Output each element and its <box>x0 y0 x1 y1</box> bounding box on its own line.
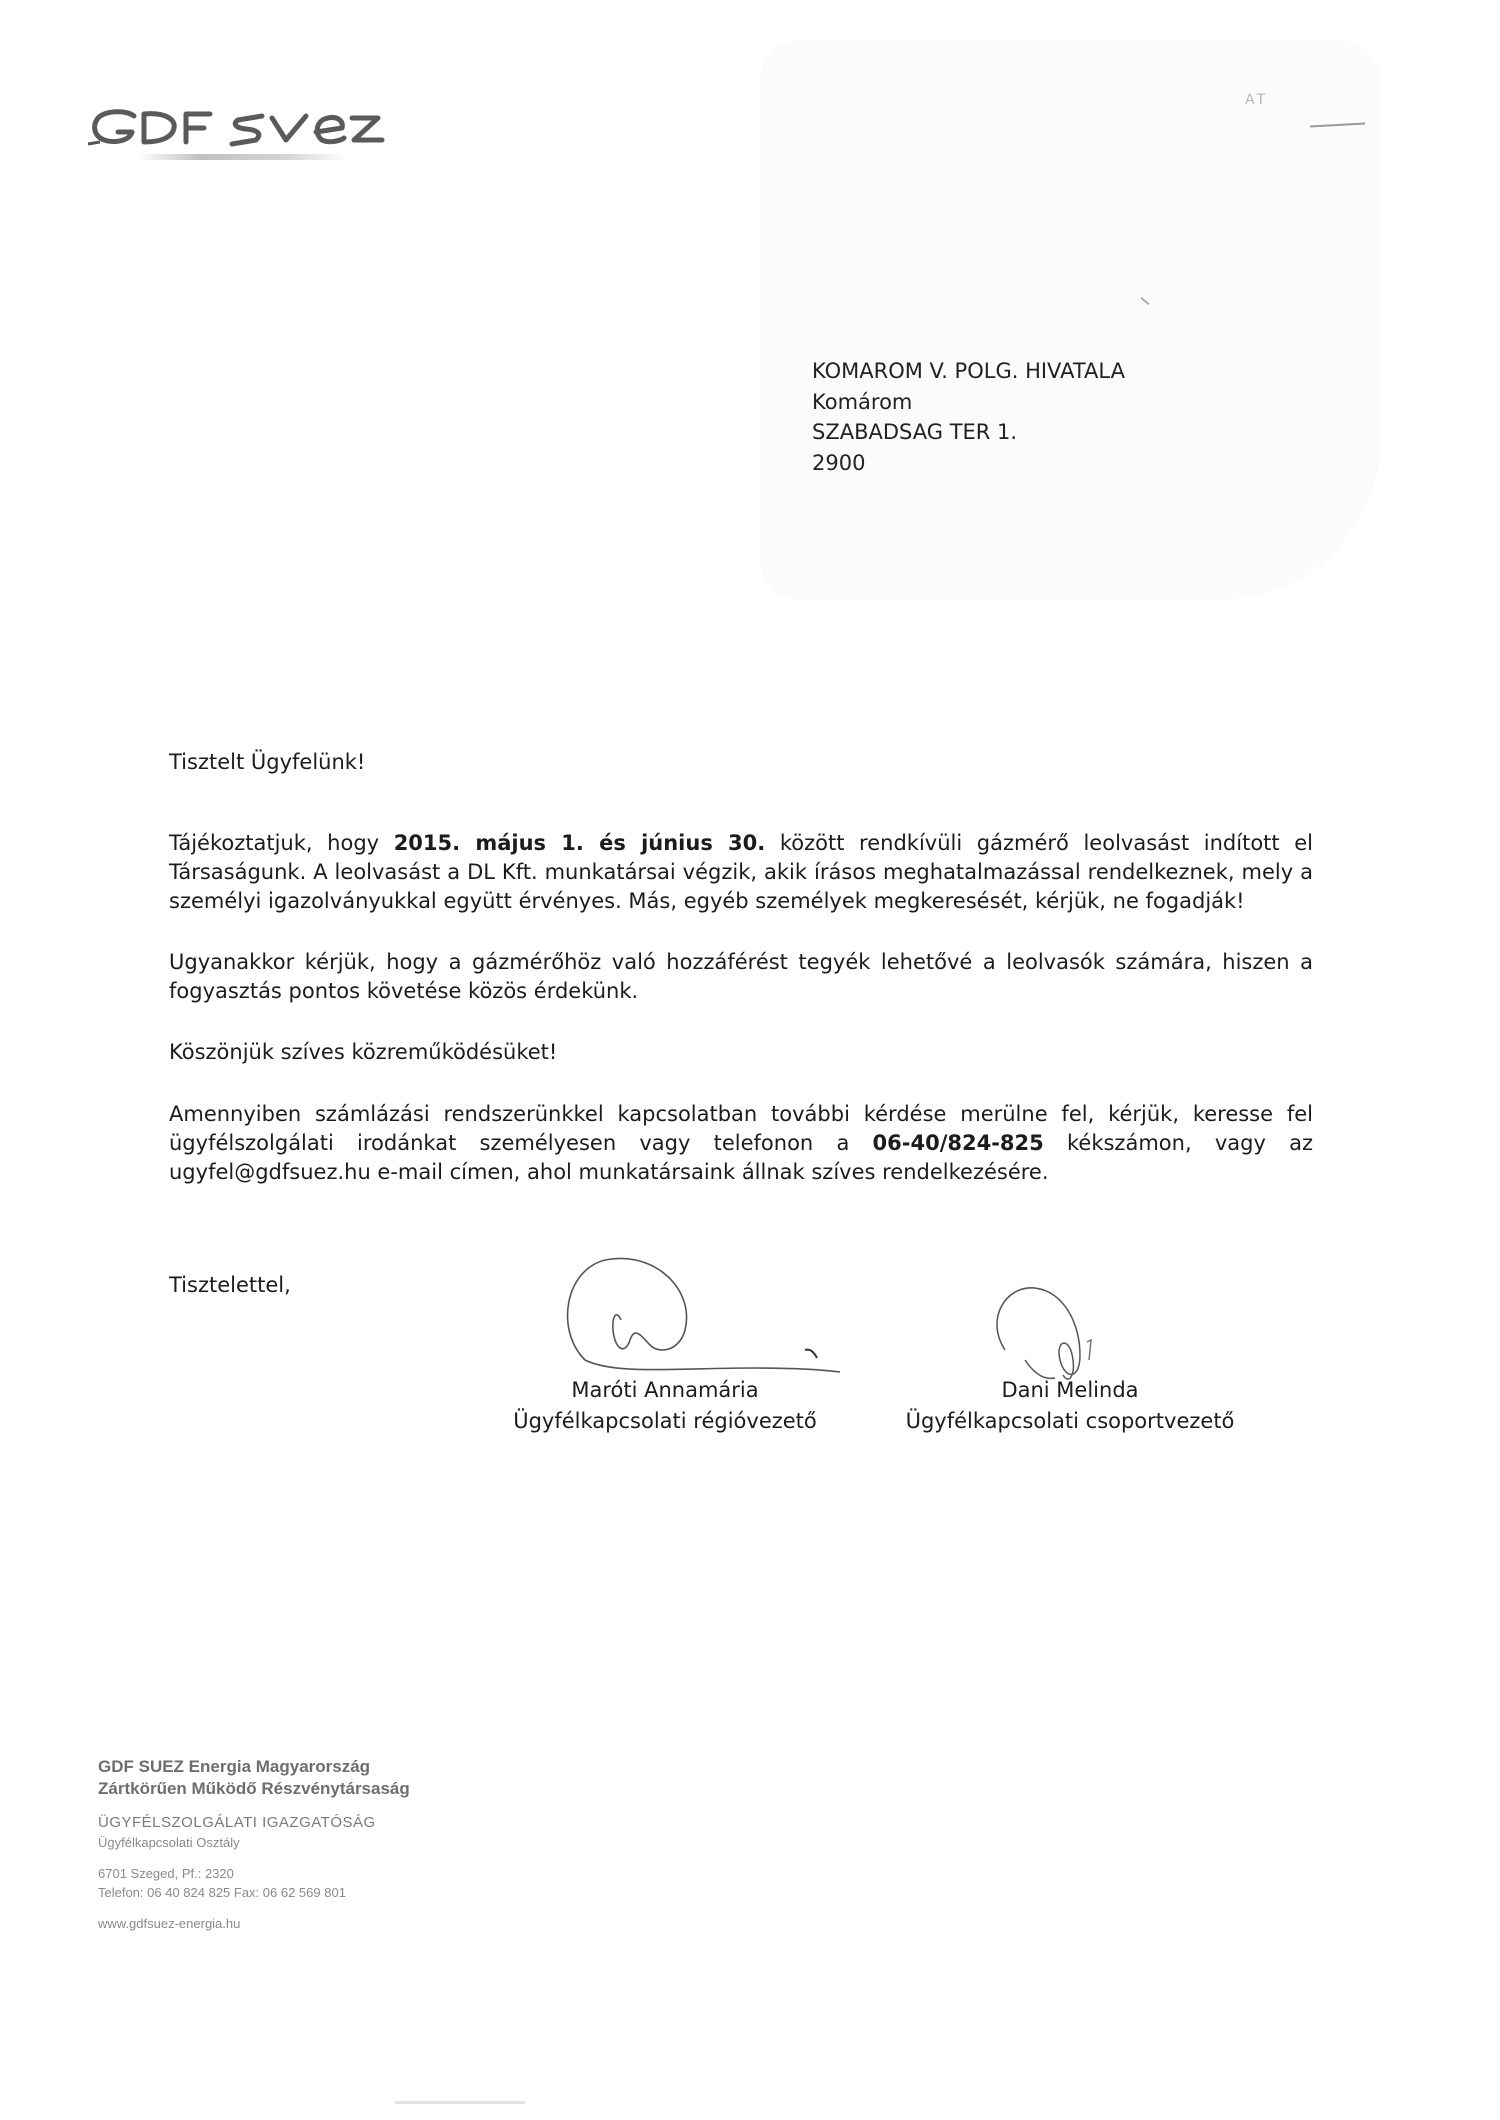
gdf-suez-logo <box>86 104 386 152</box>
company-footer: GDF SUEZ Energia Magyarország Zártkörűen… <box>98 1756 410 1931</box>
company-name-line2: Zártkörűen Működő Részvénytársaság <box>98 1778 410 1800</box>
phone-fax: Telefon: 06 40 824 825 Fax: 06 62 569 80… <box>98 1883 410 1902</box>
company-name-line1: GDF SUEZ Energia Magyarország <box>98 1756 410 1778</box>
paragraph-reading-notice: Tájékoztatjuk, hogy 2015. május 1. és jú… <box>169 829 1313 916</box>
gdf-suez-logo-icon <box>86 104 386 152</box>
website: www.gdfsuez-energia.hu <box>98 1916 410 1931</box>
scan-artifact-mark: AT <box>1245 92 1268 108</box>
reading-period: 2015. május 1. és június 30. <box>394 831 766 855</box>
sub-department: Ügyfélkapcsolati Osztály <box>98 1835 410 1850</box>
logo-underline <box>138 154 348 160</box>
scan-artifact-bottom <box>395 2101 525 2104</box>
paragraph-text: Tájékoztatjuk, hogy <box>169 831 394 855</box>
recipient-address: KOMAROM V. POLG. HIVATALA Komárom SZABAD… <box>812 356 1125 478</box>
signatory-title: Ügyfélkapcsolati csoportvezető <box>900 1406 1240 1437</box>
signatory-name: Dani Melinda <box>900 1375 1240 1406</box>
paragraph-contact: Amennyiben számlázási rendszerünkkel kap… <box>169 1100 1313 1187</box>
recipient-line: SZABADSAG TER 1. <box>812 417 1125 448</box>
signatory-name: Maróti Annamária <box>500 1375 830 1406</box>
thanks-line: Köszönjük szíves közreműködésüket! <box>169 1038 1313 1067</box>
department: ÜGYFÉLSZOLGÁLATI IGAZGATÓSÁG <box>98 1814 410 1831</box>
signature-maroti-icon <box>555 1250 845 1390</box>
phone-number: 06-40/824-825 <box>873 1131 1044 1155</box>
postal-address: 6701 Szeged, Pf.: 2320 <box>98 1864 410 1883</box>
signature-dani-icon <box>985 1280 1145 1390</box>
signatory-maroti: Maróti Annamária Ügyfélkapcsolati régióv… <box>500 1375 830 1437</box>
signatory-title: Ügyfélkapcsolati régióvezető <box>500 1406 830 1437</box>
scan-shading <box>760 40 1380 600</box>
recipient-line: KOMAROM V. POLG. HIVATALA <box>812 356 1125 387</box>
recipient-line: 2900 <box>812 448 1125 479</box>
salutation: Tisztelt Ügyfelünk! <box>169 748 1313 777</box>
signatory-dani: Dani Melinda Ügyfélkapcsolati csoportvez… <box>900 1375 1240 1437</box>
recipient-line: Komárom <box>812 387 1125 418</box>
paragraph-access-request: Ugyanakkor kérjük, hogy a gázmérőhöz val… <box>169 948 1313 1006</box>
